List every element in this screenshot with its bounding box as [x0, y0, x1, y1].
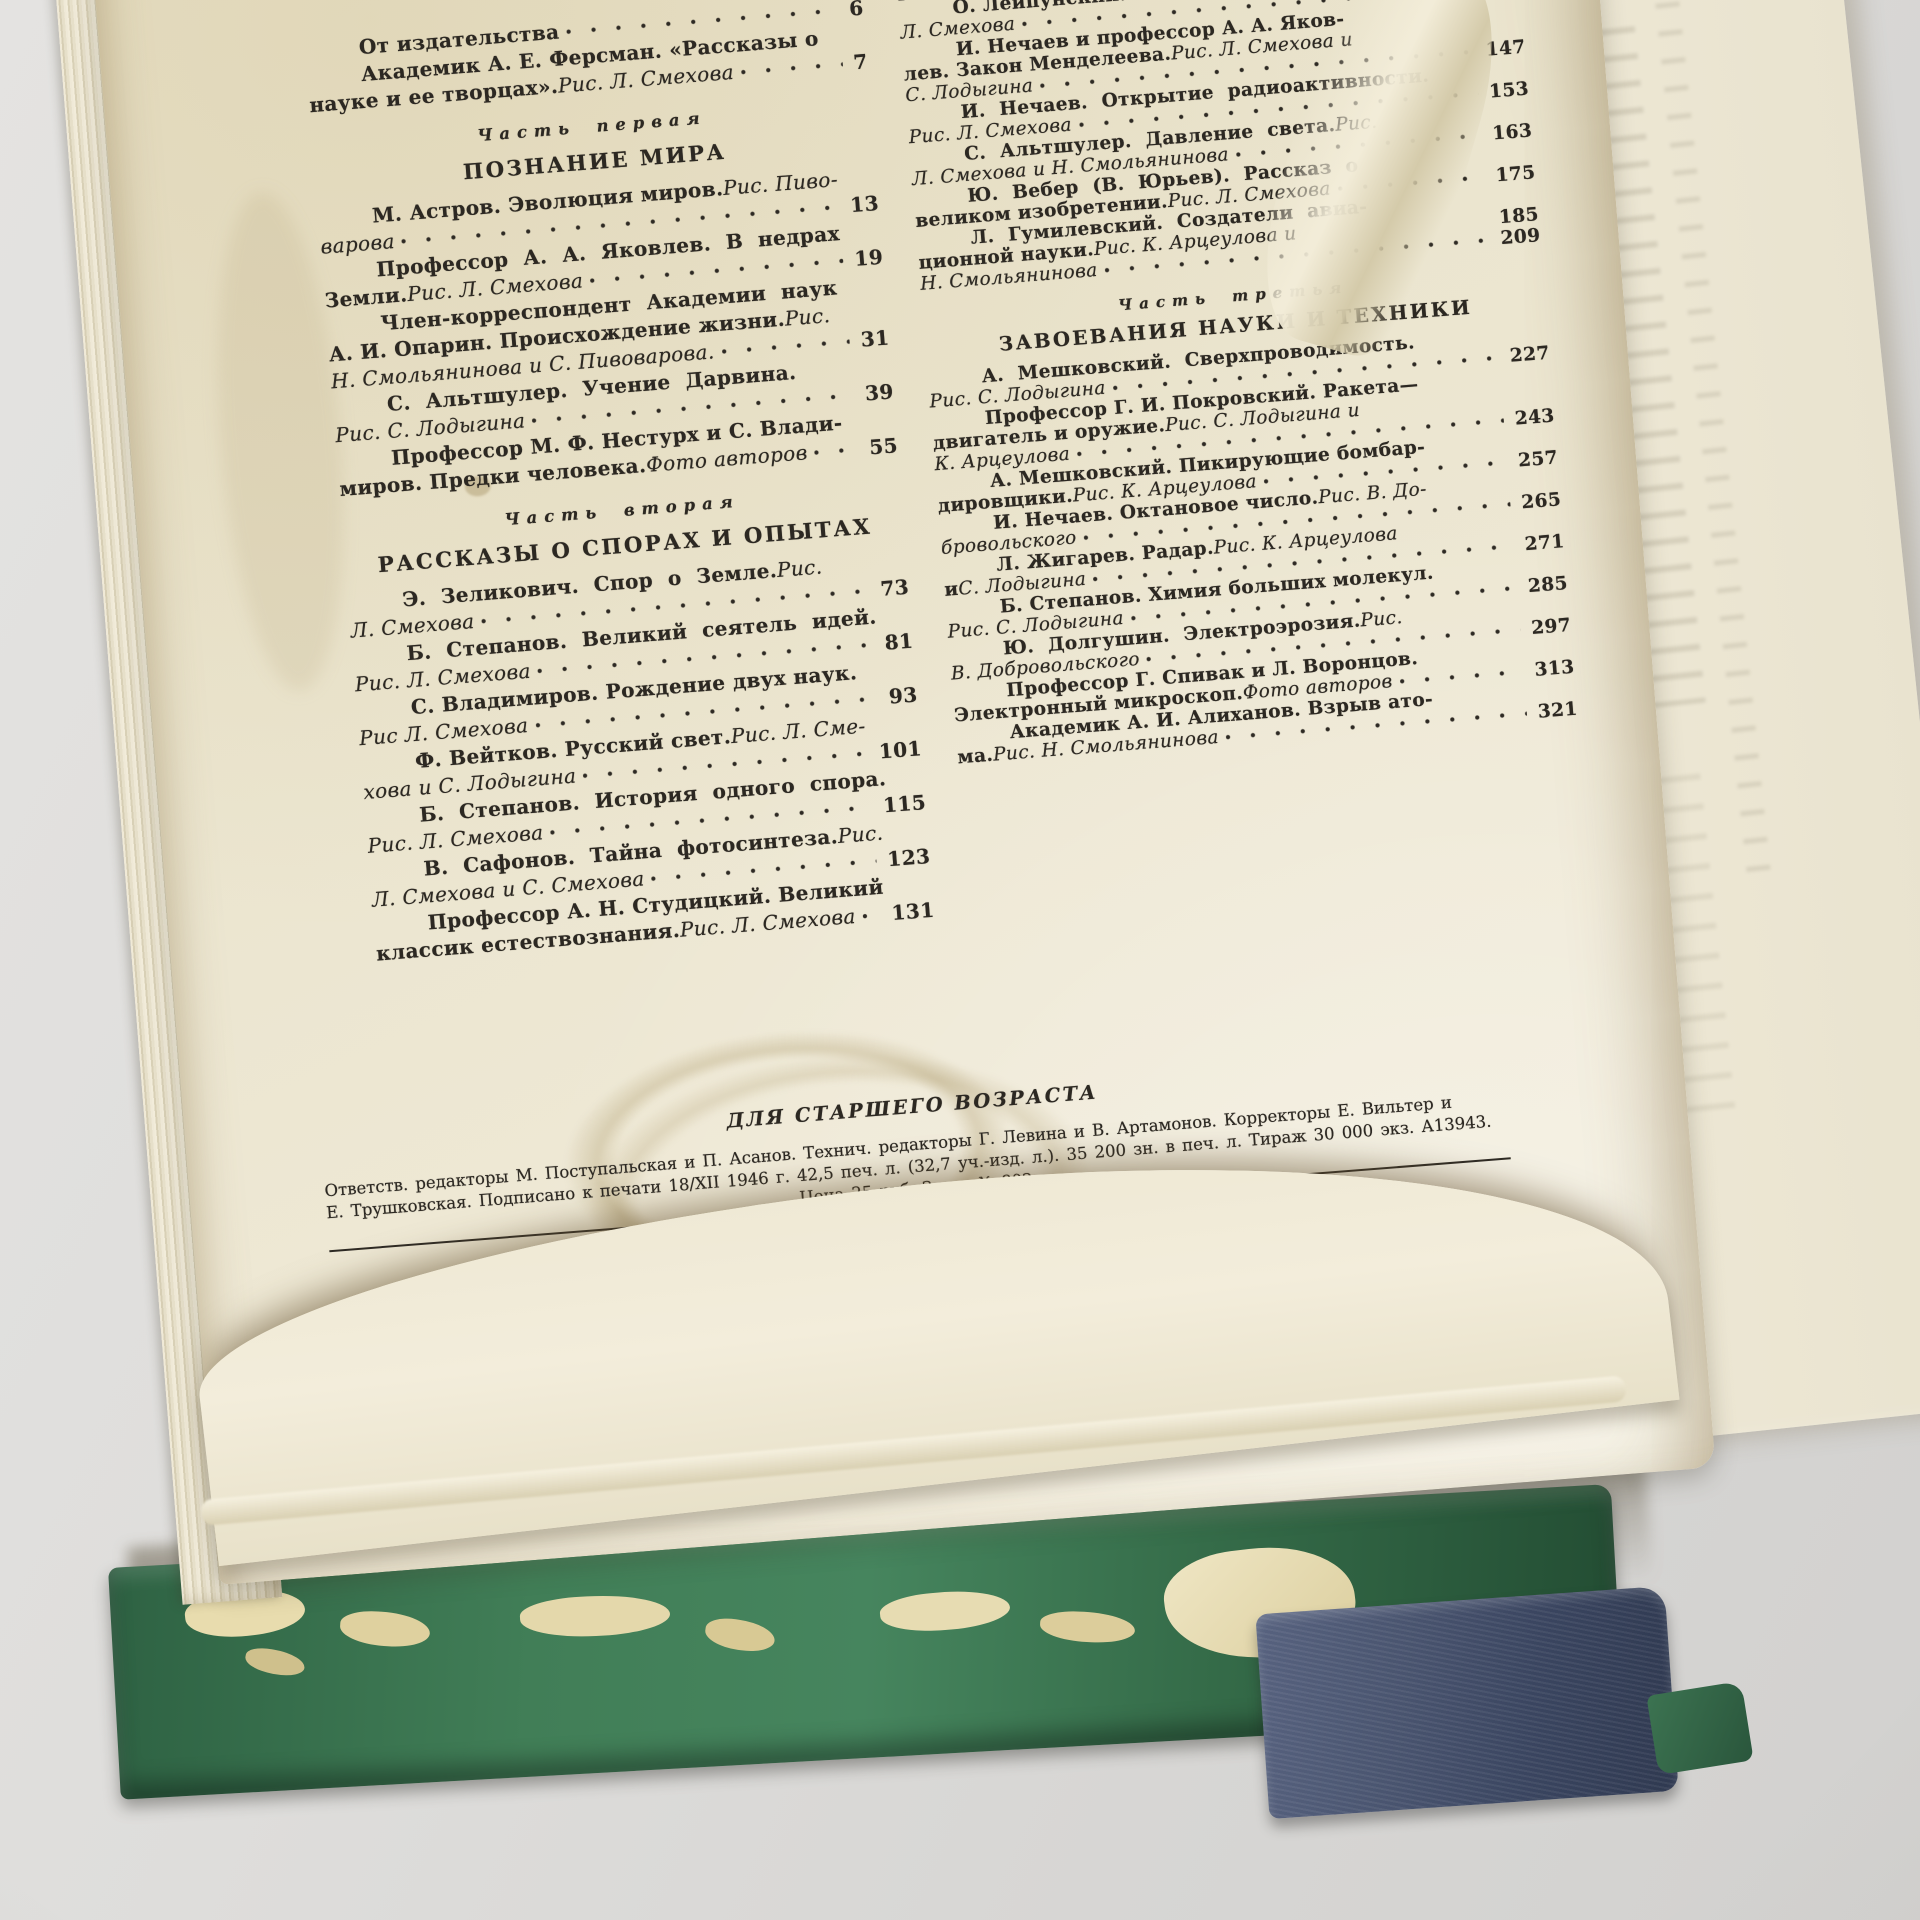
- dot-leader: [862, 911, 880, 918]
- page-number: 31: [860, 324, 891, 353]
- spacer: [831, 318, 888, 322]
- entry-text: ма.: [957, 745, 994, 769]
- page-number: 321: [1537, 699, 1578, 723]
- spacer: [819, 41, 866, 45]
- page-number: 7: [852, 48, 868, 76]
- page-number: 271: [1524, 531, 1565, 555]
- page-number: 39: [864, 378, 895, 407]
- dot-leader: [1399, 668, 1524, 684]
- spacer: [884, 890, 933, 894]
- page-number: 123: [886, 843, 931, 873]
- page-number: 285: [1527, 573, 1568, 597]
- spacer: [887, 782, 925, 785]
- page-number: 297: [1531, 615, 1572, 639]
- entry-credit: Рис.: [784, 302, 831, 332]
- spacer: [838, 291, 886, 295]
- page-number: 81: [884, 628, 915, 657]
- page-number: 73: [879, 574, 910, 603]
- spacer: [840, 237, 881, 240]
- page-number: 227: [1509, 343, 1550, 367]
- dot-leader: [721, 338, 850, 354]
- page-number: 265: [1521, 489, 1562, 513]
- page-number: 19: [853, 244, 884, 273]
- spacer: [866, 728, 920, 732]
- entry-credit: Рис.: [837, 820, 884, 850]
- toc-column-left: От издательства6Академик А. Е. Ферсман. …: [304, 0, 935, 968]
- spacer: [877, 621, 912, 624]
- entry-credit: Рис.: [1360, 607, 1404, 631]
- dot-leader: [814, 446, 858, 455]
- page-number: 115: [882, 789, 927, 819]
- spacer: [838, 183, 877, 186]
- page-number: 55: [868, 432, 899, 461]
- spacer: [884, 836, 929, 840]
- book-photo-scene: От издательства6Академик А. Е. Ферсман. …: [0, 0, 1920, 1920]
- page-number: 209: [1500, 225, 1541, 249]
- page-number: 13: [849, 190, 880, 219]
- spacer: [797, 371, 892, 379]
- entry-credit: Рис.: [776, 553, 823, 583]
- page-number: 313: [1534, 657, 1575, 681]
- page-number: 101: [878, 735, 923, 765]
- page-number: 131: [891, 897, 936, 927]
- spacer: [858, 674, 916, 679]
- spacer: [823, 567, 908, 574]
- page-number: 163: [1492, 120, 1533, 144]
- page-number: 243: [1514, 406, 1555, 430]
- page-number: 175: [1495, 162, 1536, 186]
- page-number: 6: [848, 0, 864, 23]
- cover-corner-green: [1646, 1681, 1753, 1775]
- page-number: 257: [1517, 447, 1558, 471]
- spacer: [843, 425, 896, 429]
- page-number: 93: [888, 681, 919, 710]
- page-number: 153: [1488, 79, 1529, 103]
- dot-leader: [741, 61, 843, 75]
- spine-cloth-blue: [1255, 1586, 1678, 1819]
